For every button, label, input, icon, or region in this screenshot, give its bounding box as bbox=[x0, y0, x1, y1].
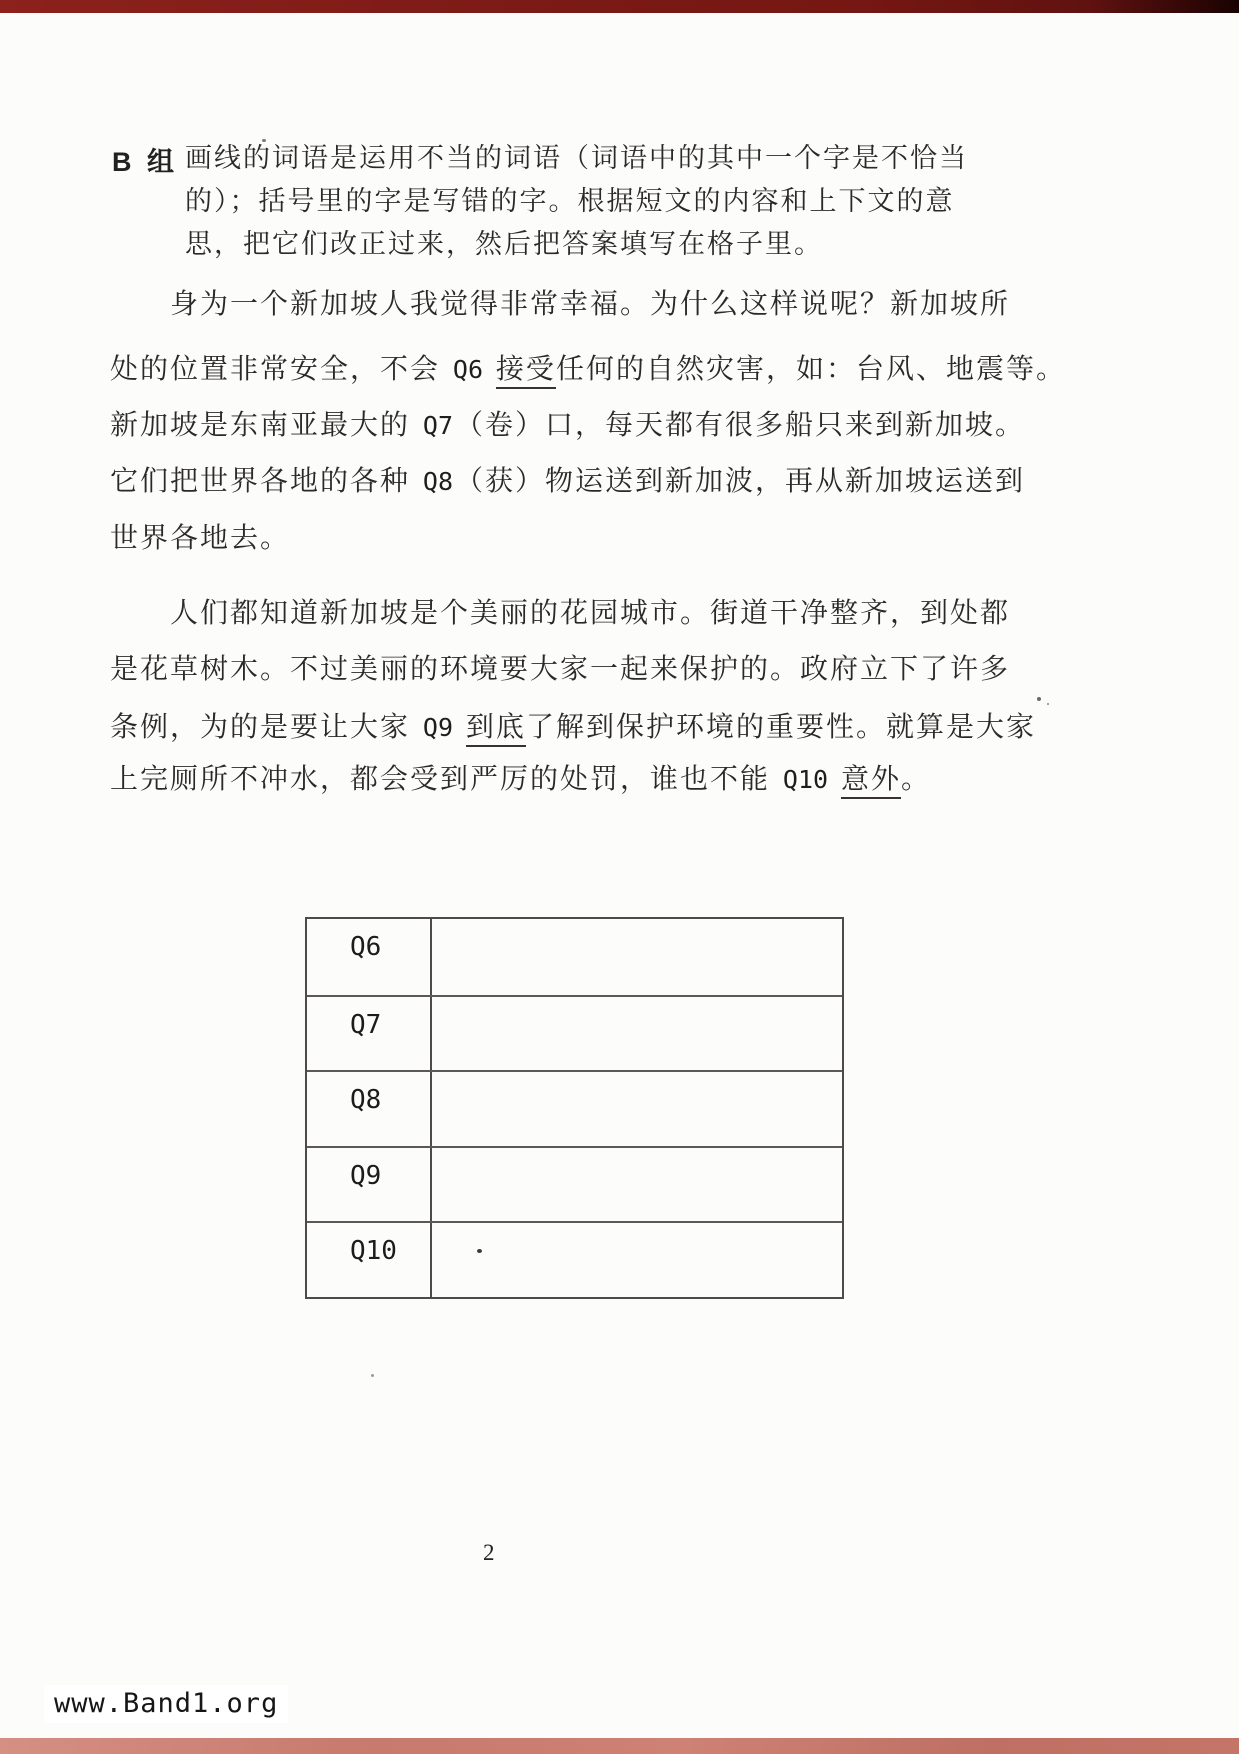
passage-line: 新加坡是东南亚最大的 Q7（卷）口，每天都有很多船只来到新加坡。 bbox=[110, 408, 1025, 443]
scan-speck bbox=[477, 1249, 482, 1253]
scan-speck bbox=[1047, 703, 1049, 705]
passage-text: 条例，为的是要让大家 bbox=[110, 710, 421, 743]
page-number: 2 bbox=[483, 1540, 495, 1566]
scan-artifact-bottom-band bbox=[0, 1738, 1239, 1754]
scan-speck bbox=[262, 139, 266, 142]
section-group-label: B 组 bbox=[112, 140, 178, 179]
answer-cell-q10 bbox=[432, 1223, 842, 1297]
passage-text bbox=[485, 352, 496, 385]
passage-text: 。 bbox=[901, 762, 931, 795]
question-number: Q8 bbox=[421, 467, 455, 496]
passage-line: 世界各地去。 bbox=[110, 521, 290, 555]
underlined-word: 到底 bbox=[466, 710, 526, 747]
underlined-word: 意外 bbox=[841, 762, 901, 799]
answer-cell-q8 bbox=[432, 1072, 842, 1146]
passage-text: 人们都知道新加坡是个美丽的花园城市。街道干净整齐，到处都 bbox=[170, 596, 1010, 629]
table-row: Q8 bbox=[307, 1070, 842, 1146]
answer-row-label-q9: Q9 bbox=[307, 1148, 432, 1222]
answer-row-label-q6: Q6 bbox=[307, 919, 432, 995]
passage-text: 处的位置非常安全，不会 bbox=[110, 352, 451, 385]
passage-text: （获）物运送到新加波，再从新加坡运送到 bbox=[455, 464, 1025, 497]
answer-cell-q9 bbox=[432, 1148, 842, 1222]
passage-text: 它们把世界各地的各种 bbox=[110, 464, 421, 497]
answer-cell-q7 bbox=[432, 997, 842, 1071]
passage-text: 是花草树木。不过美丽的环境要大家一起来保护的。政府立下了许多 bbox=[110, 652, 1010, 685]
passage-line: 处的位置非常安全，不会 Q6 接受任何的自然灾害，如：台风、地震等。 bbox=[110, 352, 1066, 387]
scan-speck bbox=[371, 1374, 374, 1377]
instruction-line: 画线的词语是运用不当的词语（词语中的其中一个字是不恰当 bbox=[185, 142, 968, 175]
watermark-url: www.Band1.org bbox=[44, 1685, 288, 1723]
passage-text: 身为一个新加坡人我觉得非常幸福。为什么这样说呢？新加坡所 bbox=[170, 287, 1010, 320]
question-number: Q10 bbox=[781, 765, 830, 794]
passage-line: 身为一个新加坡人我觉得非常幸福。为什么这样说呢？新加坡所 bbox=[170, 287, 1010, 321]
table-row: Q7 bbox=[307, 995, 842, 1071]
passage-text bbox=[455, 710, 466, 743]
instruction-line: 的）；括号里的字是写错的字。根据短文的内容和上下文的意 bbox=[185, 185, 955, 218]
answer-table: Q6 Q7 Q8 Q9 Q10 bbox=[305, 917, 844, 1299]
passage-line: 人们都知道新加坡是个美丽的花园城市。街道干净整齐，到处都 bbox=[170, 596, 1010, 630]
passage-text: 了解到保护环境的重要性。就算是大家 bbox=[526, 710, 1036, 743]
passage-line: 是花草树木。不过美丽的环境要大家一起来保护的。政府立下了许多 bbox=[110, 652, 1010, 686]
passage-text: 世界各地去。 bbox=[110, 521, 290, 554]
passage-line: 条例，为的是要让大家 Q9 到底了解到保护环境的重要性。就算是大家 bbox=[110, 710, 1036, 745]
answer-row-label-q7: Q7 bbox=[307, 997, 432, 1071]
table-row: Q10 bbox=[307, 1221, 842, 1297]
scan-speck bbox=[1037, 697, 1041, 701]
passage-text: 上完厕所不冲水，都会受到严厉的处罚，谁也不能 bbox=[110, 762, 781, 795]
passage-line: 它们把世界各地的各种 Q8（获）物运送到新加波，再从新加坡运送到 bbox=[110, 464, 1025, 499]
passage-line: 上完厕所不冲水，都会受到严厉的处罚，谁也不能 Q10 意外。 bbox=[110, 762, 931, 797]
question-number: Q7 bbox=[421, 411, 455, 440]
question-number: Q6 bbox=[451, 355, 485, 384]
passage-text bbox=[830, 762, 841, 795]
scan-artifact-top-band bbox=[0, 0, 1239, 13]
passage-text: 新加坡是东南亚最大的 bbox=[110, 408, 421, 441]
instruction-line: 思，把它们改正过来，然后把答案填写在格子里。 bbox=[185, 228, 823, 261]
passage-text: 任何的自然灾害，如：台风、地震等。 bbox=[556, 352, 1066, 385]
answer-row-label-q10: Q10 bbox=[307, 1223, 432, 1297]
table-row: Q9 bbox=[307, 1146, 842, 1222]
table-row: Q6 bbox=[307, 919, 842, 995]
answer-cell-q6 bbox=[432, 919, 842, 995]
question-number: Q9 bbox=[421, 713, 455, 742]
passage-text: （卷）口，每天都有很多船只来到新加坡。 bbox=[455, 408, 1025, 441]
scanned-worksheet-page: B 组 画线的词语是运用不当的词语（词语中的其中一个字是不恰当 的）；括号里的字… bbox=[0, 0, 1239, 1754]
underlined-word: 接受 bbox=[496, 352, 556, 389]
answer-row-label-q8: Q8 bbox=[307, 1072, 432, 1146]
